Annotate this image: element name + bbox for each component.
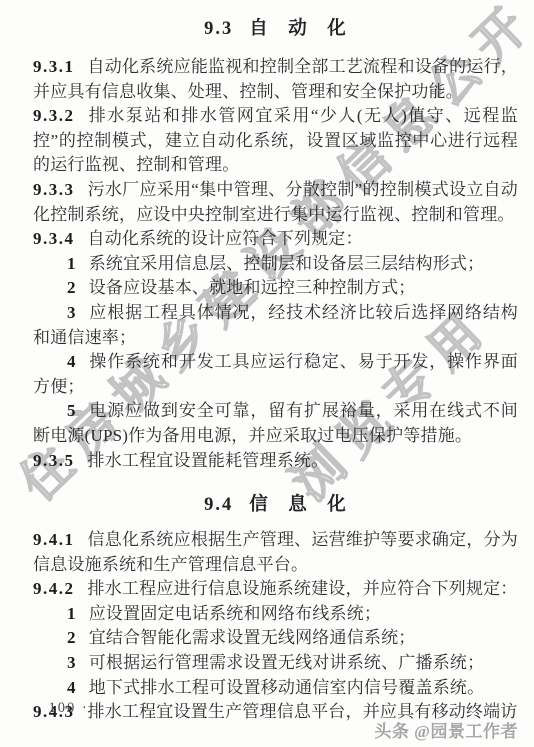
section-heading-9-3: 9.3自 动 化 [33,14,518,40]
clause-9-3-4-item-5: 5电源应做到安全可靠，留有扩展裕量，采用在线式不间断电源(UPS)作为备用电源，… [33,399,518,448]
item-text: 操作系统和开发工具应运行稳定、易于开发，操作界面方便； [33,352,518,396]
item-text: 电源应做到安全可靠，留有扩展裕量，采用在线式不间断电源(UPS)作为备用电源，并… [33,401,518,445]
item-number: 4 [67,352,76,371]
document-page: 住房城乡建设部信息公开 浏览专用 9.3自 动 化 9.3.1自动化系统应能监视… [0,0,534,747]
clause-9-4-2: 9.4.2排水工程应进行信息设施系统建设，并应符合下列规定： [33,577,518,602]
item-text: 应根据工程具体情况，经技术经济比较后选择网络结构和通信速率； [33,303,518,347]
clause-9-3-1: 9.3.1自动化系统应能监视和控制全部工艺流程和设备的运行，并应具有信息收集、处… [33,55,518,104]
clause-9-4-2-item-2: 2宜结合智能化需求设置无线网络通信系统； [33,626,518,651]
clause-number: 9.3.2 [33,106,75,125]
item-text: 设备应设基本、就地和远控三种控制方式； [89,278,416,297]
clause-9-3-2: 9.3.2排水泵站和排水管网宜采用“少人(无人)值守、远程监控”的控制模式，建立… [33,104,518,178]
item-text: 地下式排水工程可设置移动通信室内信号覆盖系统。 [89,678,485,697]
section-heading-9-4: 9.4信 息 化 [33,490,518,516]
clause-9-3-3: 9.3.3污水厂应采用“集中管理、分散控制”的控制模式设立自动化控制系统，应设中… [33,178,518,227]
section-title: 信 息 化 [249,495,347,515]
item-number: 1 [67,254,76,273]
clause-text: 排水泵站和排水管网宜采用“少人(无人)值守、远程监控”的控制模式，建立自动化系统… [33,106,518,174]
page-content: 9.3自 动 化 9.3.1自动化系统应能监视和控制全部工艺流程和设备的运行，并… [0,0,534,725]
clause-9-4-2-item-3: 3可根据运行管理需求设置无线对讲系统、广播系统； [33,651,518,676]
item-number: 3 [67,303,76,322]
item-number: 3 [67,653,76,672]
item-number: 4 [67,678,76,697]
item-number: 2 [67,628,76,647]
clause-number: 9.3.1 [33,57,75,76]
item-number: 2 [67,278,76,297]
section-number: 9.3 [204,19,233,39]
item-number: 1 [67,604,76,623]
item-number: 5 [67,401,76,420]
clause-text: 污水厂应采用“集中管理、分散控制”的控制模式设立自动化控制系统，应设中央控制室进… [33,180,518,224]
clause-text: 排水工程宜设置能耗管理系统。 [88,451,329,470]
clause-number: 9.3.4 [33,229,75,248]
clause-number: 9.3.5 [33,451,75,470]
clause-9-3-4: 9.3.4自动化系统的设计应符合下列规定： [33,227,518,252]
clause-9-4-2-item-4: 4地下式排水工程可设置移动通信室内信号覆盖系统。 [33,676,518,701]
page-number: · 100 · [36,700,89,717]
item-text: 可根据运行管理需求设置无线对讲系统、广播系统； [89,653,485,672]
section-number: 9.4 [204,495,233,515]
toutiao-credit: 头条 @园景工作者 [374,717,518,742]
clause-9-4-1: 9.4.1信息化系统应根据生产管理、运营维护等要求确定，分为信息设施系统和生产管… [33,528,518,577]
clause-number: 9.3.3 [33,180,75,199]
clause-9-3-4-item-1: 1系统宜采用信息层、控制层和设备层三层结构形式； [33,252,518,277]
clause-text: 排水工程应进行信息设施系统建设，并应符合下列规定： [88,579,518,598]
item-text: 宜结合智能化需求设置无线网络通信系统； [89,628,416,647]
clause-9-3-5: 9.3.5排水工程宜设置能耗管理系统。 [33,449,518,474]
clause-text: 信息化系统应根据生产管理、运营维护等要求确定，分为信息设施系统和生产管理信息平台… [33,530,518,574]
clause-9-3-4-item-3: 3应根据工程具体情况，经技术经济比较后选择网络结构和通信速率； [33,301,518,350]
item-text: 系统宜采用信息层、控制层和设备层三层结构形式； [89,254,485,273]
clause-text: 自动化系统应能监视和控制全部工艺流程和设备的运行，并应具有信息收集、处理、控制、… [33,57,518,101]
item-text: 应设置固定电话系统和网络布线系统； [89,604,381,623]
section-title: 自 动 化 [249,19,347,39]
clause-9-3-4-item-4: 4操作系统和开发工具应运行稳定、易于开发，操作界面方便； [33,350,518,399]
clause-number: 9.4.1 [33,530,75,549]
clause-9-4-2-item-1: 1应设置固定电话系统和网络布线系统； [33,602,518,627]
clause-text: 自动化系统的设计应符合下列规定： [88,229,363,248]
clause-number: 9.4.2 [33,579,75,598]
clause-9-3-4-item-2: 2设备应设基本、就地和远控三种控制方式； [33,276,518,301]
